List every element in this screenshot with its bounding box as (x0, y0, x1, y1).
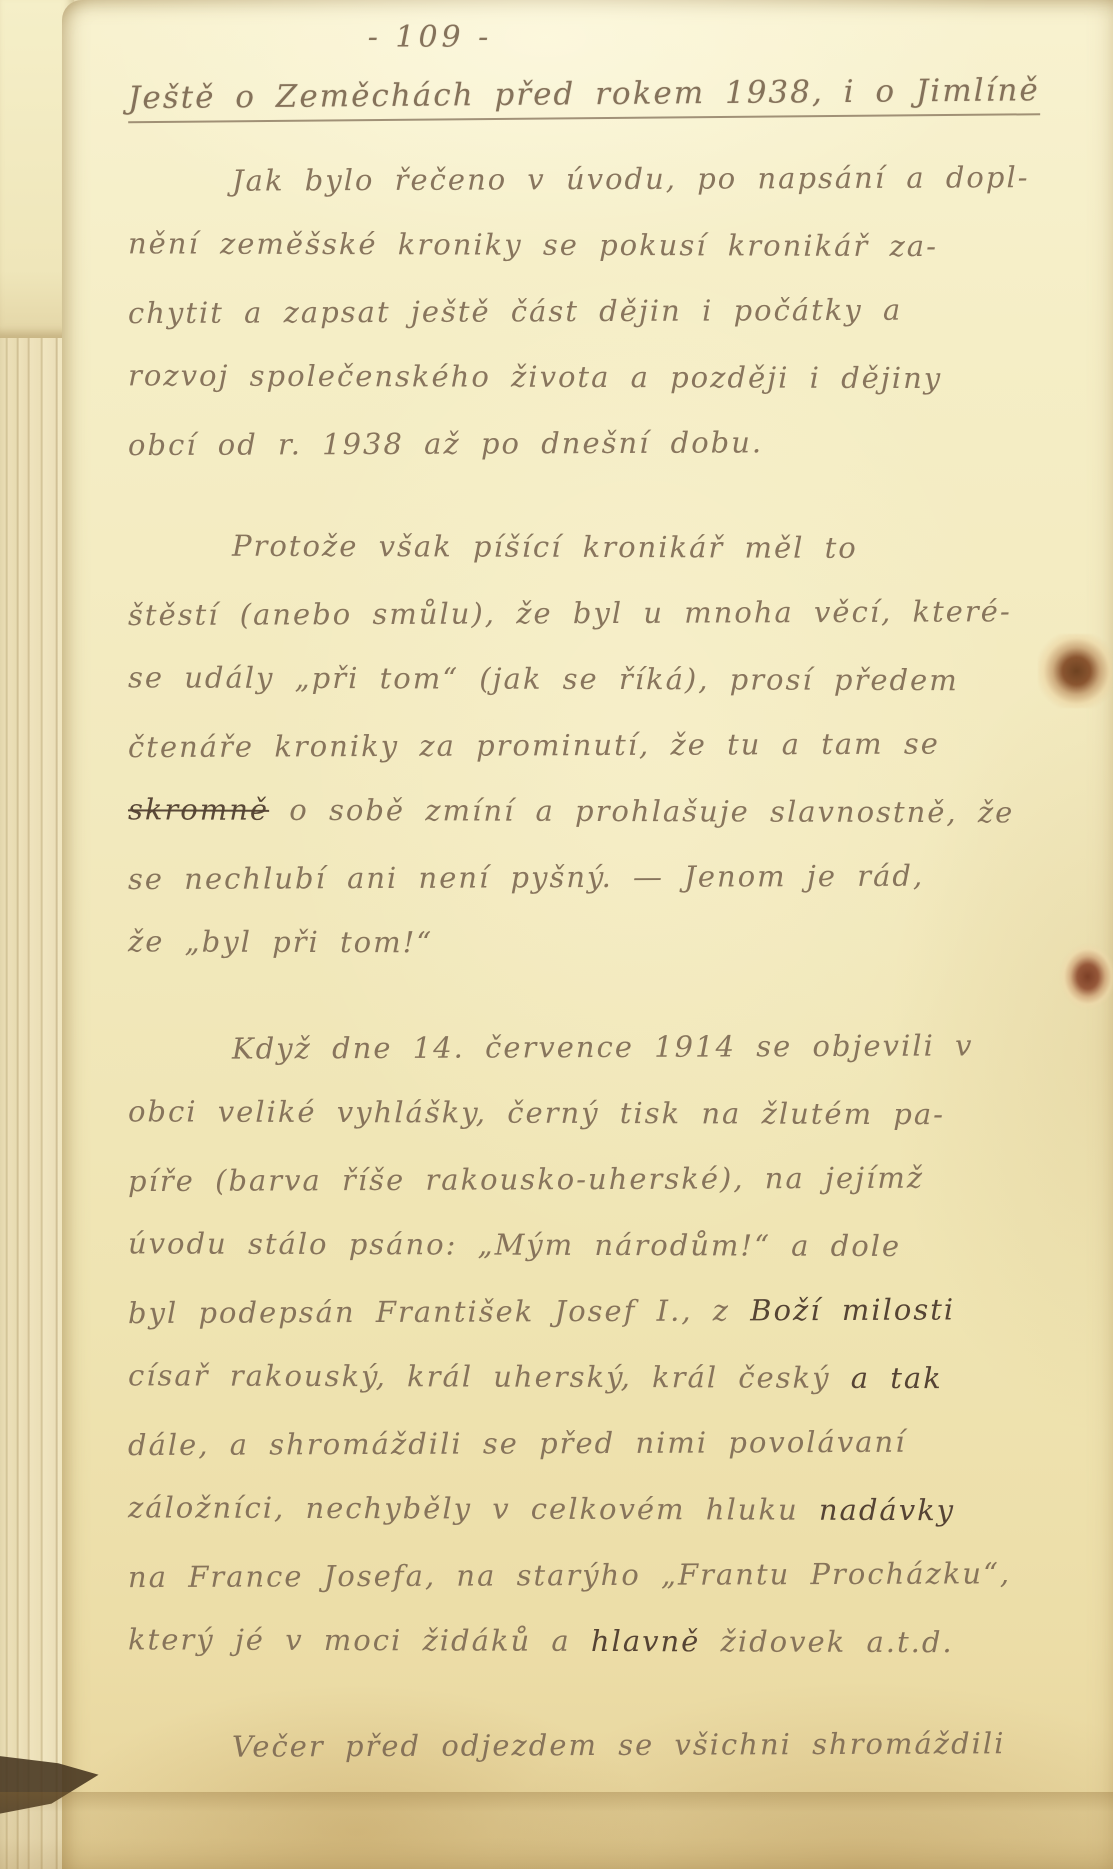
handwriting-segment: Jak bylo řečeno v úvodu, po napsání a do… (232, 160, 1030, 197)
handwriting-segment: který jé v moci židáků a (128, 1622, 591, 1658)
handwriting-segment: Když dne 14. července 1914 se objevili v (232, 1028, 974, 1065)
page-number: - 109 - (0, 20, 860, 55)
handwritten-line: císař rakouský, král uherský, král český… (128, 1342, 1084, 1411)
handwriting-segment: nění zeměšské kroniky se pokusí kronikář… (128, 226, 938, 263)
handwriting-segment: obci veliké vyhlášky, černý tisk na žlut… (128, 1094, 945, 1131)
handwriting-segment: Protože však píšící kronikář měl to (232, 529, 858, 565)
handwritten-line: Protože však píšící kronikář měl to (128, 512, 1084, 581)
page-title-text: Ještě o Zeměchách před rokem 1938, i o J… (128, 72, 1040, 123)
bottom-page-fold (0, 1792, 1113, 1869)
handwriting-segment: chytit a zapsat ještě část dějin i počát… (128, 293, 902, 330)
handwritten-line: se nechlubí ani není pyšný. — Jenom je r… (128, 842, 1084, 912)
handwriting-segment: židovek a.t.d. (700, 1624, 953, 1659)
handwritten-line: čtenáře kroniky za prominutí, že tu a ta… (128, 710, 1084, 780)
handwriting-segment: hlavně (591, 1624, 701, 1658)
handwriting-segment: nadávky (819, 1493, 955, 1527)
handwritten-line: Když dne 14. července 1914 se objevili v (128, 1012, 1084, 1082)
handwritten-line: obcí od r. 1938 až po dnešní dobu. (128, 408, 1084, 478)
handwriting-segment: byl podepsán František Josef I., z (128, 1293, 750, 1330)
handwriting-segment: píře (barva říše rakousko-uherské), na j… (128, 1161, 924, 1198)
handwritten-line: chytit a zapsat ještě část dějin i počát… (128, 276, 1084, 346)
chronicle-book-spread: - 109 - Ještě o Zeměchách před rokem 193… (0, 0, 1113, 1869)
handwritten-line: obci veliké vyhlášky, černý tisk na žlut… (128, 1078, 1084, 1147)
handwritten-line: byl podepsán František Josef I., z Boží … (128, 1276, 1084, 1346)
handwritten-line: píře (barva říše rakousko-uherské), na j… (128, 1144, 1084, 1214)
handwriting-segment: obcí od r. 1938 až po dnešní dobu. (128, 425, 763, 462)
handwriting-segment: se udály „při tom“ (jak se říká), prosí … (128, 660, 959, 697)
handwritten-line: záložníci, nechyběly v celkovém hluku na… (128, 1474, 1084, 1543)
handwriting-segment: Večer před odjezdem se všichni shromáždi… (232, 1726, 1006, 1763)
page-title: Ještě o Zeměchách před rokem 1938, i o J… (128, 72, 1088, 123)
handwriting-segment: že „byl při tom!“ (128, 924, 433, 959)
handwritten-line: který jé v moci židáků a hlavně židovek … (128, 1606, 1084, 1675)
handwritten-line: se udály „při tom“ (jak se říká), prosí … (128, 644, 1084, 713)
handwriting-lines: Jak bylo řečeno v úvodu, po napsání a do… (128, 146, 1084, 1778)
handwriting-segment: záložníci, nechyběly v celkovém hluku (128, 1490, 819, 1526)
crossed-out-word: skromně (128, 792, 269, 826)
handwriting-segment: úvodu stálo psáno: „Mým národům!“ a dole (128, 1226, 901, 1263)
handwritten-line: skromně o sobě zmíní a prohlašuje slavno… (128, 776, 1084, 845)
handwriting-segment: císař rakouský, král uherský, král český (128, 1358, 851, 1395)
handwriting-segment: čtenáře kroniky za prominutí, že tu a ta… (128, 727, 940, 765)
handwritten-line: rozvoj společenského života a později i … (128, 342, 1084, 411)
handwriting-segment: se nechlubí ani není pyšný. — Jenom je r… (128, 859, 924, 896)
handwritten-line: štěstí (anebo smůlu), že byl u mnoha věc… (128, 578, 1084, 648)
handwriting-segment: dále, a shromáždili se před nimi povoláv… (128, 1425, 907, 1462)
handwritten-line: Večer před odjezdem se všichni shromáždi… (128, 1710, 1084, 1780)
handwritten-line: Jak bylo řečeno v úvodu, po napsání a do… (128, 144, 1084, 214)
handwriting-segment: štěstí (anebo smůlu), že byl u mnoha věc… (128, 594, 1012, 632)
handwriting-segment: a tak (851, 1361, 943, 1395)
handwriting-segment: rozvoj společenského života a později i … (128, 358, 942, 395)
handwritten-line: nění zeměšské kroniky se pokusí kronikář… (128, 210, 1084, 279)
handwriting-segment: o sobě zmíní a prohlašuje slavnostně, že (269, 793, 1014, 830)
handwriting-segment: Boží milosti (750, 1292, 955, 1327)
handwritten-line: dále, a shromáždili se před nimi povoláv… (128, 1408, 1084, 1478)
handwritten-line: na France Josefa, na starýho „Frantu Pro… (128, 1540, 1084, 1610)
handwritten-line: úvodu stálo psáno: „Mým národům!“ a dole (128, 1210, 1084, 1279)
handwriting-segment: na France Josefa, na starýho „Frantu Pro… (128, 1556, 1011, 1594)
handwritten-line: že „byl při tom!“ (128, 908, 1084, 977)
